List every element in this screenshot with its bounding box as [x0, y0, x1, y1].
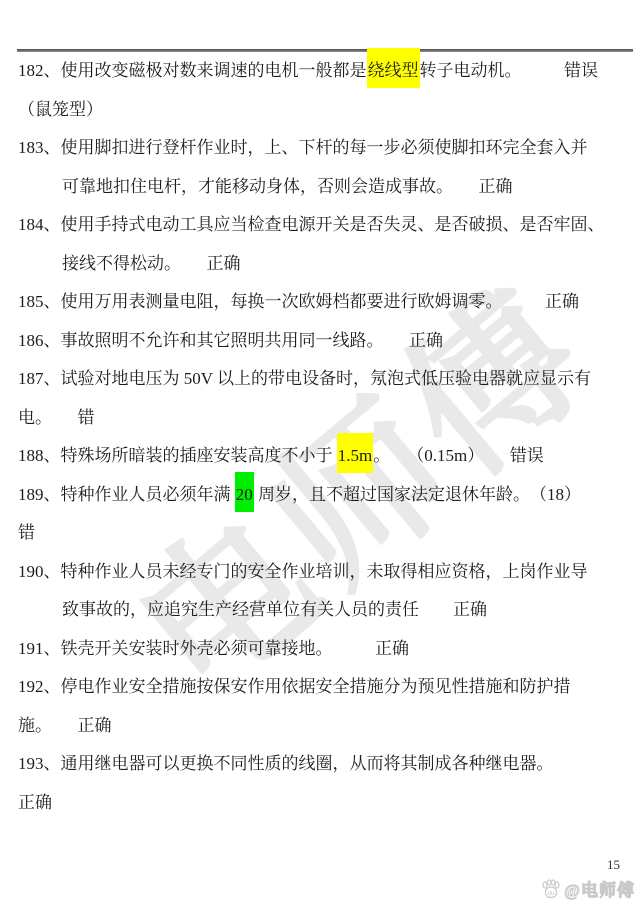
text-segment: 188、特殊场所暗装的插座安装高度不小于 — [18, 446, 337, 465]
text-line: 可靠地扣住电杆，才能移动身体，否则会造成事故。 正确 — [18, 168, 628, 207]
text-segment: 191、铁壳开关安装时外壳必须可靠接地。 正确 — [18, 639, 409, 658]
text-segment: 190、特种作业人员未经专门的安全作业培训，未取得相应资格，上岗作业导 — [18, 562, 588, 581]
text-segment: 错 — [18, 523, 35, 542]
highlight-yellow-text: 1.5m — [337, 433, 373, 473]
text-segment: 周岁，且不超过国家法定退休年龄。 （18） — [254, 485, 581, 504]
text-segment: 致事故的，应追究生产经营单位有关人员的责任 正确 — [62, 600, 487, 619]
text-line: 189、特种作业人员必须年满 20 周岁，且不超过国家法定退休年龄。 （18） — [18, 476, 628, 515]
highlight-yellow-text: 绕线型 — [367, 48, 420, 88]
document-lines: 182、使用改变磁极对数来调速的电机一般都是绕线型转子电动机。 错误（鼠笼型）1… — [18, 52, 628, 822]
text-line: 错 — [18, 514, 628, 553]
text-line: 电。 错 — [18, 399, 628, 438]
svg-text:du: du — [548, 891, 555, 897]
text-segment: 183、使用脚扣进行登杆作业时，上、下杆的每一步必须使脚扣环完全套入并 — [18, 138, 588, 157]
text-line: 190、特种作业人员未经专门的安全作业培训，未取得相应资格，上岗作业导 — [18, 553, 628, 592]
text-segment: 正确 — [18, 793, 52, 812]
text-line: 188、特殊场所暗装的插座安装高度不小于 1.5m。 （0.15m） 错误 — [18, 437, 628, 476]
bottom-watermark-text: @电师傅 — [564, 876, 635, 901]
text-line: 185、使用万用表测量电阻，每换一次欧姆档都要进行欧姆调零。 正确 — [18, 283, 628, 322]
text-segment: 电。 错 — [18, 408, 95, 427]
text-segment: （鼠笼型） — [18, 100, 103, 119]
text-line: 施。 正确 — [18, 707, 628, 746]
text-segment: 193、通用继电器可以更换不同性质的线圈，从而将其制成各种继电器。 — [18, 754, 554, 773]
text-line: 接线不得松动。 正确 — [18, 245, 628, 284]
text-segment: 184、使用手持式电动工具应当检查电源开关是否失灵、是否破损、是否牢固、 — [18, 215, 605, 234]
text-line: 193、通用继电器可以更换不同性质的线圈，从而将其制成各种继电器。 — [18, 745, 628, 784]
text-segment: 转子电动机。 错误 — [420, 61, 599, 80]
text-line: 正确 — [18, 784, 628, 823]
text-segment: 182、使用改变磁极对数来调速的电机一般都是 — [18, 61, 367, 80]
text-segment: 接线不得松动。 正确 — [62, 254, 241, 273]
text-line: 182、使用改变磁极对数来调速的电机一般都是绕线型转子电动机。 错误 — [18, 52, 628, 91]
highlight-green-text: 20 — [235, 472, 254, 512]
document-page: 电师傅 182、使用改变磁极对数来调速的电机一般都是绕线型转子电动机。 错误（鼠… — [0, 0, 640, 909]
text-segment: 187、试验对地电压为 50V 以上的带电设备时，氖泡式低压验电器就应显示有 — [18, 369, 591, 388]
bottom-watermark: du @电师傅 — [540, 876, 635, 901]
text-line: 184、使用手持式电动工具应当检查电源开关是否失灵、是否破损、是否牢固、 — [18, 206, 628, 245]
text-segment: 192、停电作业安全措施按保安作用依据安全措施分为预见性措施和防护措 — [18, 677, 571, 696]
text-segment: 186、事故照明不允许和其它照明共用同一线路。 正确 — [18, 331, 443, 350]
text-segment: 185、使用万用表测量电阻，每换一次欧姆档都要进行欧姆调零。 正确 — [18, 292, 579, 311]
baidu-paw-icon: du — [540, 879, 562, 899]
text-line: 183、使用脚扣进行登杆作业时，上、下杆的每一步必须使脚扣环完全套入并 — [18, 129, 628, 168]
text-line: 187、试验对地电压为 50V 以上的带电设备时，氖泡式低压验电器就应显示有 — [18, 360, 628, 399]
text-line: 186、事故照明不允许和其它照明共用同一线路。 正确 — [18, 322, 628, 361]
page-number: 15 — [607, 857, 620, 873]
text-line: 致事故的，应追究生产经营单位有关人员的责任 正确 — [18, 591, 628, 630]
text-segment: 189、特种作业人员必须年满 — [18, 485, 235, 504]
text-segment: 。 （0.15m） 错误 — [373, 446, 543, 465]
text-line: 191、铁壳开关安装时外壳必须可靠接地。 正确 — [18, 630, 628, 669]
text-line: （鼠笼型） — [18, 91, 628, 130]
text-line: 192、停电作业安全措施按保安作用依据安全措施分为预见性措施和防护措 — [18, 668, 628, 707]
text-segment: 可靠地扣住电杆，才能移动身体，否则会造成事故。 正确 — [62, 177, 513, 196]
text-segment: 施。 正确 — [18, 716, 112, 735]
